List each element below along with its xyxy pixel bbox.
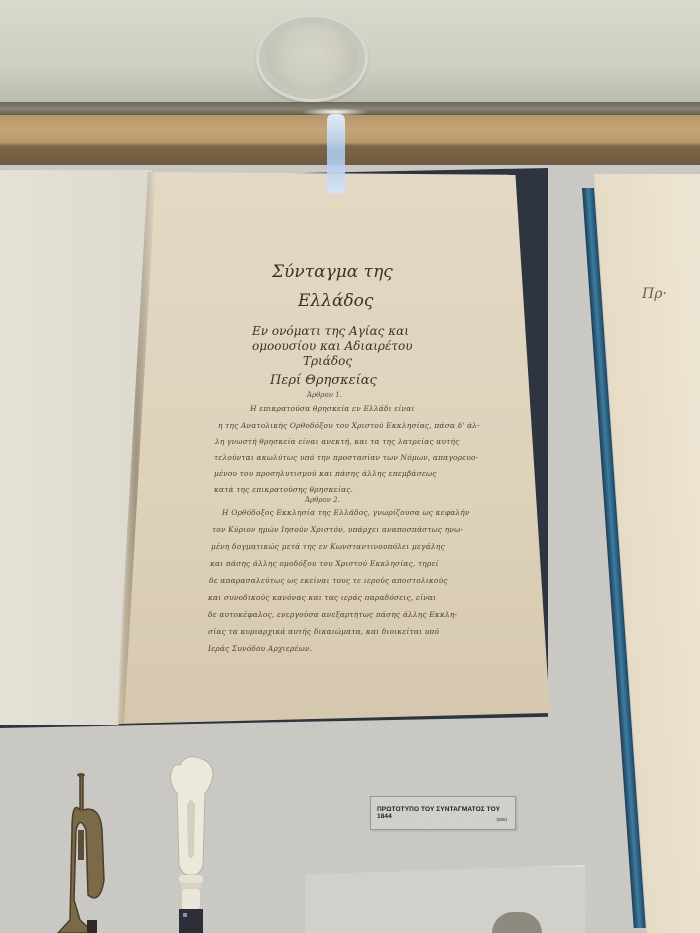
display-board (305, 865, 585, 933)
exhibit-label: ΠΡΩΤΟΤΥΠΟ ΤΟΥ ΣΥΝΤΑΓΜΑΤΟΣ ΤΟΥ 1844 (565) (370, 796, 516, 830)
manuscript-invocation-line-1: Εν ονόματι της Αγίας και (252, 324, 409, 338)
article-2-line: μένη δογματικώς μετά της εν Κωνσταντινου… (211, 542, 445, 551)
manuscript-section-heading: Περί Θρησκείας (270, 373, 377, 388)
manuscript-invocation-line-2: ομοουσίου και Αδιαιρέτου (252, 339, 413, 353)
manuscript-right-page (118, 172, 550, 724)
adjacent-manuscript-ink: Πρ· (642, 286, 667, 302)
article-1-line: λη γνωστή θρησκεία είναι ανεκτή, και τα … (215, 437, 459, 446)
article-2-heading: Άρθρον 2. (305, 496, 340, 504)
glass-reflection (327, 114, 345, 194)
article-2-line: δε απαρασαλεύτως ως εκείναι τους τε ιερο… (209, 576, 448, 585)
article-1-line: τελούνται ακωλύτως υπό την προστασίαν τω… (214, 453, 478, 462)
brass-bugle-icon (50, 770, 112, 933)
ivory-seal-handle-icon (165, 755, 220, 933)
article-1-line: Η επικρατούσα θρησκεία εν Ελλάδι είναι (250, 404, 415, 413)
manuscript-title-line-1: Σύνταγμα της (272, 262, 393, 282)
article-1-heading: Άρθρον 1. (307, 391, 342, 399)
article-2-line: Η Ορθόδοξος Εκκλησία της Ελλάδος, γνωρίζ… (222, 508, 470, 517)
display-case-wood-frame (0, 115, 700, 165)
article-1-line: μένου του προσηλυτισμού και πάσης άλλης … (214, 469, 437, 478)
article-1-line: κατά της επικρατούσης θρησκείας. (214, 485, 353, 494)
manuscript-title-line-2: Ελλάδος (298, 291, 373, 311)
manuscript-invocation-line-3: Τριάδος (303, 354, 352, 368)
article-1-line: η της Ανατολικής Ορθοδόξου του Χριστού Ε… (218, 421, 480, 430)
exhibit-label-title: ΠΡΩΤΟΤΥΠΟ ΤΟΥ ΣΥΝΤΑΓΜΑΤΟΣ ΤΟΥ 1844 (377, 806, 515, 820)
article-2-line: δε αυτοκέφαλος, ενεργούσα ανεξαρτήτως πά… (208, 610, 457, 619)
adjacent-manuscript: Πρ· (582, 188, 700, 933)
article-2-line: σίας τα κυριαρχικά αυτής δικαιώματα, και… (208, 627, 439, 636)
article-2-line: τον Κύριον ημών Ιησούν Χριστόν, υπάρχει … (212, 525, 463, 534)
exhibit-label-number: (565) (496, 817, 507, 822)
article-2-line: και πάσης άλλης ομοδόξου του Χριστού Εκκ… (210, 559, 439, 568)
article-2-line: και συνοδικούς κανόνας και τας ιεράς παρ… (208, 593, 436, 602)
wall-rosette-seal (256, 14, 368, 102)
article-2-line: Ιεράς Συνόδου Αρχιερέων. (208, 644, 312, 653)
